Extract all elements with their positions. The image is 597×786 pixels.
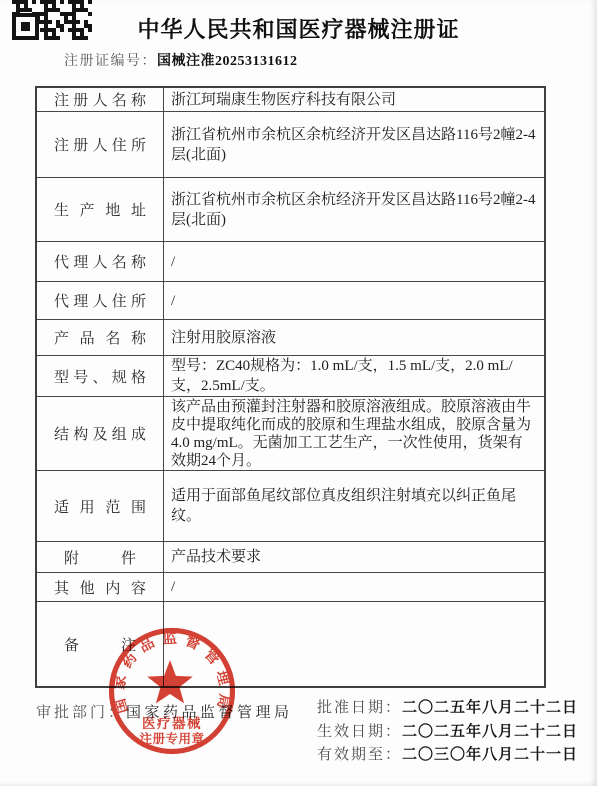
row-value: 浙江省杭州市余杭区余杭经济开发区昌达路116号2幢2-4层(北面) xyxy=(164,112,544,177)
row-label: 生产地址 xyxy=(37,178,164,241)
row-label: 型号、规格 xyxy=(37,356,164,396)
expiry-date-label: 有效期至： xyxy=(317,747,402,763)
expiry-date-value: 二〇三〇年八月二十一日 xyxy=(402,747,578,763)
row-value: 该产品由预灌封注射器和胶原溶液组成。胶原溶液由牛皮中提取纯化而成的胶原和生理盐水… xyxy=(164,397,544,470)
certificate-page: 中华人民共和国医疗器械注册证 注册证编号：国械注准20253131612 注册人… xyxy=(0,0,597,786)
row-value: / xyxy=(164,573,544,601)
effective-date-value: 二〇二五年八月二十二日 xyxy=(402,724,578,740)
table-row: 附 件 产品技术要求 xyxy=(37,542,544,573)
row-label: 产品名称 xyxy=(37,320,164,355)
registration-number-line: 注册证编号：国械注准20253131612 xyxy=(64,50,298,70)
stamp-line1: 医疗器械 xyxy=(142,715,202,731)
row-value: 适用于面部鱼尾纹部位真皮组织注射填充以纠正鱼尾纹。 xyxy=(164,471,544,541)
row-value: 注射用胶原溶液 xyxy=(164,320,544,355)
date-row: 有效期至：二〇三〇年八月二十一日 xyxy=(317,744,578,768)
row-label: 适用范围 xyxy=(37,471,164,541)
effective-date-label: 生效日期： xyxy=(317,724,402,740)
row-label: 其他内容 xyxy=(37,573,164,601)
stamp-line2: 注册专用章 xyxy=(139,731,204,746)
reg-no-label: 注册证编号： xyxy=(64,54,157,69)
row-value: / xyxy=(164,282,544,319)
row-value: / xyxy=(164,242,544,281)
date-block: 批准日期：二〇二五年八月二十二日 生效日期：二〇二五年八月二十二日 有效期至：二… xyxy=(317,697,578,768)
table-row: 代理人住所 / xyxy=(37,282,544,320)
date-row: 批准日期：二〇二五年八月二十二日 xyxy=(317,697,578,721)
table-row: 产品名称 注射用胶原溶液 xyxy=(37,320,544,356)
reg-no-value: 国械注准20253131612 xyxy=(157,54,298,69)
row-value: 浙江省杭州市余杭区余杭经济开发区昌达路116号2幢2-4层(北面) xyxy=(164,178,544,241)
row-value: 产品技术要求 xyxy=(164,542,544,572)
table-row: 型号、规格 型号：ZC40规格为：1.0 mL/支，1.5 mL/支，2.0 m… xyxy=(37,356,544,397)
registration-table: 注册人名称 浙江珂瑞康生物医疗科技有限公司 注册人住所 浙江省杭州市余杭区余杭经… xyxy=(35,86,546,688)
row-label: 注册人住所 xyxy=(37,112,164,177)
table-row: 注册人名称 浙江珂瑞康生物医疗科技有限公司 xyxy=(37,88,544,112)
row-value: 浙江珂瑞康生物医疗科技有限公司 xyxy=(164,88,544,111)
approve-date-label: 批准日期： xyxy=(317,700,402,716)
table-row: 生产地址 浙江省杭州市余杭区余杭经济开发区昌达路116号2幢2-4层(北面) xyxy=(37,178,544,242)
row-label: 代理人名称 xyxy=(37,242,164,281)
date-row: 生效日期：二〇二五年八月二十二日 xyxy=(317,721,578,745)
row-label: 注册人名称 xyxy=(37,88,164,111)
table-row: 注册人住所 浙江省杭州市余杭区余杭经济开发区昌达路116号2幢2-4层(北面) xyxy=(37,112,544,178)
row-label: 代理人住所 xyxy=(37,282,164,319)
certificate-title: 中华人民共和国医疗器械注册证 xyxy=(0,13,597,44)
row-label: 附 件 xyxy=(37,542,164,572)
table-row: 适用范围 适用于面部鱼尾纹部位真皮组织注射填充以纠正鱼尾纹。 xyxy=(37,471,544,542)
official-stamp: 国家药品监督管理局 医疗器械 注册专用章 xyxy=(107,626,237,756)
approve-date-value: 二〇二五年八月二十二日 xyxy=(402,700,578,716)
table-row: 其他内容 / xyxy=(37,573,544,602)
row-label: 结构及组成 xyxy=(37,397,164,470)
star-icon xyxy=(147,660,193,703)
row-value: 型号：ZC40规格为：1.0 mL/支，1.5 mL/支，2.0 mL/支，2.… xyxy=(164,356,544,396)
table-row: 结构及组成 该产品由预灌封注射器和胶原溶液组成。胶原溶液由牛皮中提取纯化而成的胶… xyxy=(37,397,544,471)
table-row: 代理人名称 / xyxy=(37,242,544,282)
